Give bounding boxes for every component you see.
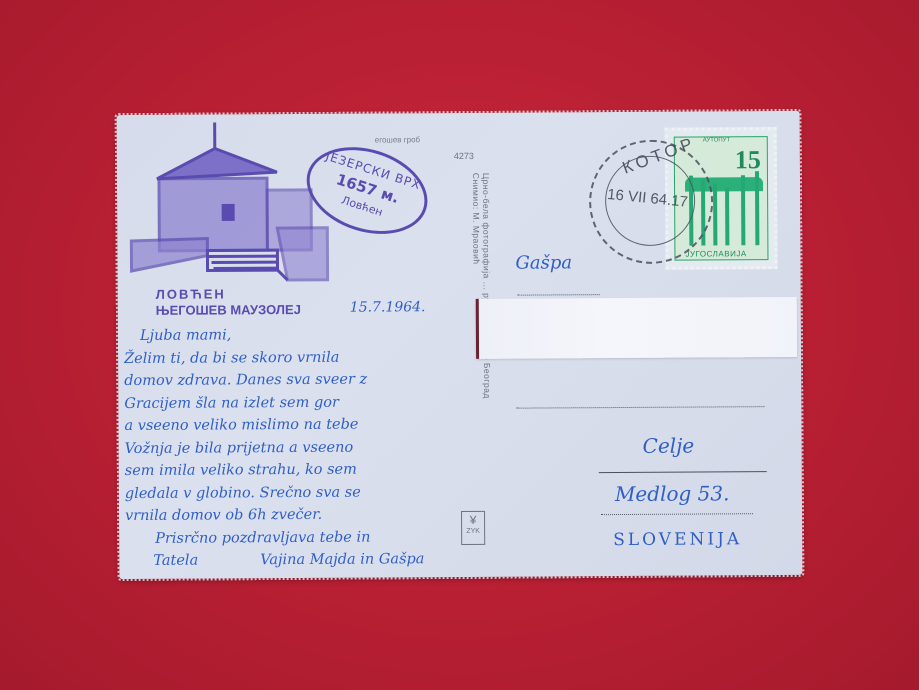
stamp-value: 15	[735, 145, 761, 175]
letter-greeting: Ljuba mami,	[124, 323, 454, 348]
stamp-topic: АУТОПУТ	[703, 137, 730, 143]
letter-signature: Vajina Majda in Gašpa	[260, 551, 424, 568]
card-title-lovcen: ЛОВЋЕН	[156, 286, 226, 301]
letter-closing: Prisrčno pozdravljava tebe in	[125, 526, 455, 551]
address-recipient: Gašpa	[515, 252, 572, 273]
column-icon	[755, 171, 759, 245]
address-street: Medlog 53.	[615, 481, 730, 506]
covering-label	[476, 297, 797, 359]
letter-line: vrnila domov ob 6h zvečer.	[125, 503, 455, 528]
handwritten-letter: Ljuba mami, Želim ti, da bi se skoro vrn…	[124, 323, 456, 573]
credit-line-b: Снимио: М. Мраовић	[471, 173, 482, 265]
print-caption: егошев гроб	[375, 135, 420, 144]
stamp-country: ЈУГОСЛАВИЈА	[685, 249, 746, 258]
address-line	[601, 513, 753, 515]
credit-line-a: Црно-бела фотографија ... ружне књиге — …	[481, 173, 492, 399]
publisher-logo-text: ZYK	[462, 528, 484, 535]
card-title-mausoleum: ЊЕГОШЕВ МАУЗОЛЕЈ	[156, 302, 301, 318]
column-icon	[741, 175, 745, 245]
address-line	[516, 406, 764, 409]
publisher-logo: ¥ ZYK	[461, 511, 485, 545]
letter-line: Vožnja je bila prijetna a vseeno	[125, 436, 455, 461]
letter-line: domov zdrava. Danes sva sveer z	[124, 368, 454, 393]
column-icon	[713, 183, 717, 245]
address-line	[599, 471, 767, 473]
letter-line: a vseeno veliko mislimo na tebe	[124, 413, 454, 438]
letter-line: gledala v globino. Srečno sva se	[125, 481, 455, 506]
letter-signature-line: TatelaVajina Majda in Gašpa	[125, 548, 455, 573]
catalog-number: 4273	[454, 151, 474, 161]
postcard: егошев гроб ЈЕЗЕРСКИ ВРХ 1657 м. Ловћен …	[117, 111, 803, 579]
letter-line: Želim ti, da bi se skoro vrnila	[124, 346, 454, 371]
mausoleum-drawing-stamp	[127, 120, 338, 286]
letter-closing-name: Tatela	[153, 553, 198, 569]
column-icon	[725, 187, 729, 245]
letter-line: Gracijem šla na izlet sem gor	[124, 391, 454, 416]
address-country: SLOVENIJA	[613, 529, 742, 550]
address-city: Celje	[643, 434, 695, 458]
postmark: КОТОР 16 VII 64.17	[589, 139, 714, 264]
wheat-icon: ¥	[462, 512, 484, 528]
letter-line: sem imila veliko strahu, ko sem	[125, 458, 455, 483]
address-line	[518, 294, 600, 296]
handwritten-date: 15.7.1964.	[350, 299, 426, 315]
